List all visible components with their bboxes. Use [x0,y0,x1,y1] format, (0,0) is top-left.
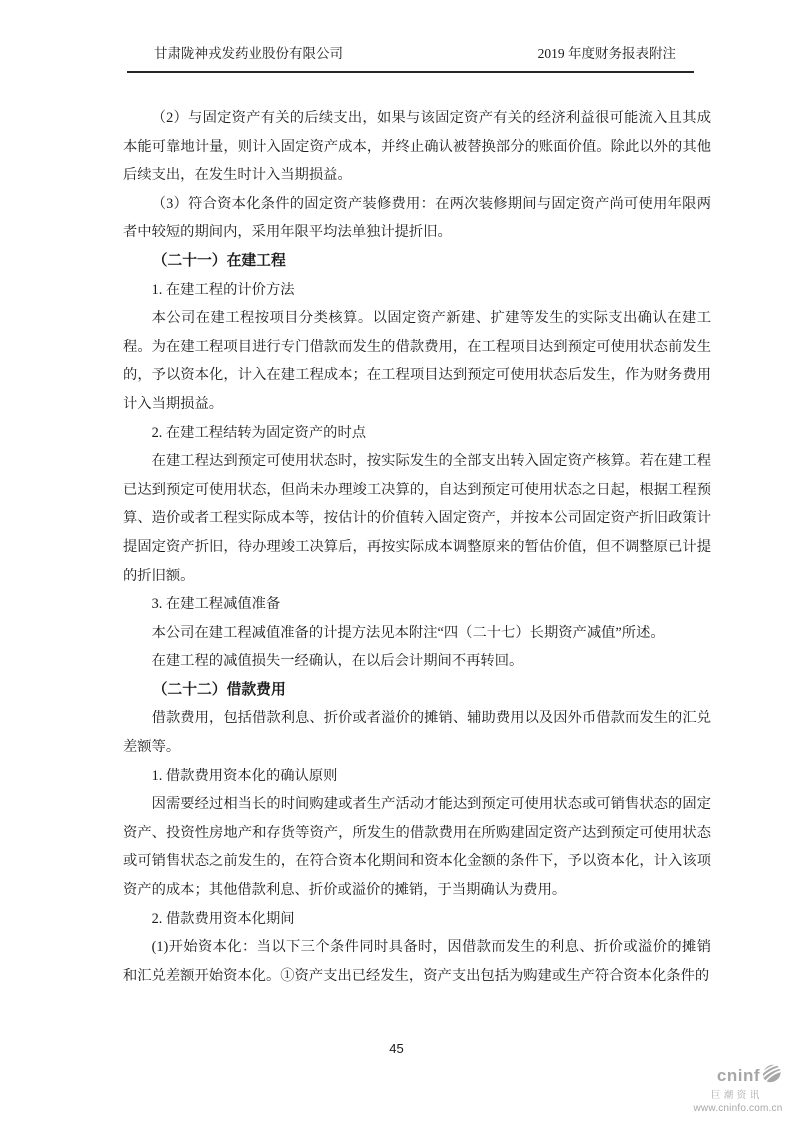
document-body: （2）与固定资产有关的后续支出，如果与该固定资产有关的经济利益很可能流入且其成本… [123,104,711,990]
paragraph-renovation-cost: （3）符合资本化条件的固定资产装修费用：在两次装修期间与固定资产尚可使用年限两者… [123,190,711,247]
item-2-transfer-timing: 2. 在建工程结转为固定资产的时点 [123,419,711,448]
item-1-capitalization-principle: 1. 借款费用资本化的确认原则 [123,762,711,791]
cninfo-brand-row: cninf [686,1063,790,1088]
page-number: 45 [0,1041,793,1056]
paragraph-borrowing-costs-definition: 借款费用，包括借款利息、折价或者溢价的摊销、辅助费用以及因外币借款而发生的汇兑差… [123,704,711,761]
heading-21-construction-in-progress: （二十一）在建工程 [123,247,711,276]
cninfo-chinese-name: 巨潮资讯 [686,1091,784,1101]
item-3-impairment-provision: 3. 在建工程减值准备 [123,590,711,619]
company-name: 甘肃陇神戎发药业股份有限公司 [154,46,343,62]
paragraph-valuation-method: 本公司在建工程按项目分类核算。以固定资产新建、扩建等发生的实际支出确认在建工程。… [123,304,711,418]
cninfo-swirl-icon [759,1063,784,1088]
paragraph-impairment-no-reversal: 在建工程的减值损失一经确认，在以后会计期间不再转回。 [123,647,711,676]
paragraph-start-capitalization: (1)开始资本化：当以下三个条件同时具备时，因借款而发生的利息、折价或溢价的摊销… [123,933,711,990]
item-1-valuation-method: 1. 在建工程的计价方法 [123,276,711,305]
paragraph-capitalization-principle: 因需要经过相当长的时间购建或者生产活动才能达到预定可使用状态或可销售状态的固定资… [123,790,711,904]
cninfo-brand-text: cninf [717,1067,760,1084]
cninfo-url: www.cninfo.com.cn [686,1104,790,1114]
paragraph-subsequent-expenditure: （2）与固定资产有关的后续支出，如果与该固定资产有关的经济利益很可能流入且其成本… [123,104,711,190]
item-2-capitalization-period: 2. 借款费用资本化期间 [123,905,711,934]
heading-22-borrowing-costs: （二十二）借款费用 [123,676,711,705]
report-title: 2019 年度财务报表附注 [538,46,676,62]
document-page: 甘肃陇神戎发药业股份有限公司 2019 年度财务报表附注 （2）与固定资产有关的… [0,0,793,1122]
paragraph-transfer-timing: 在建工程达到预定可使用状态时，按实际发生的全部支出转入固定资产核算。若在建工程已… [123,447,711,590]
page-header: 甘肃陇神戎发药业股份有限公司 2019 年度财务报表附注 [127,46,694,73]
paragraph-impairment-method: 本公司在建工程减值准备的计提方法见本附注“四（二十七）长期资产减值”所述。 [123,619,711,648]
cninfo-logo: cninf 巨潮资讯 www.cninfo.com.cn [686,1063,790,1114]
